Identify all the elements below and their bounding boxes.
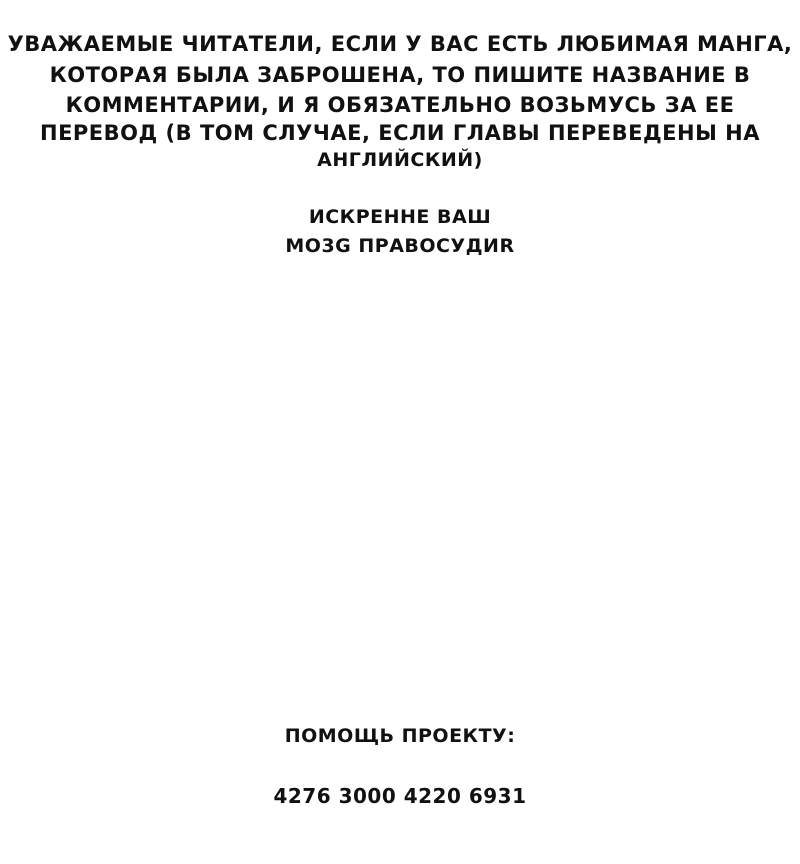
signature-closing: Искренне ваш: [0, 206, 800, 228]
message-line-3: комментарии, и я обязательно возьмусь за…: [0, 93, 800, 117]
card-number: 4276 3000 4220 6931: [0, 784, 800, 808]
support-label: Помощь проекту:: [0, 725, 800, 747]
message-line-4: перевод (в том случае, если главы переве…: [0, 121, 800, 145]
message-line-2: которая была заброшена, то пишите назван…: [0, 63, 800, 87]
signature-name: Mo3g ПравосудиR: [0, 235, 800, 257]
message-line-5: английский): [0, 149, 800, 171]
message-line-1: Уважаемые читатели, если у вас есть люби…: [0, 32, 800, 56]
